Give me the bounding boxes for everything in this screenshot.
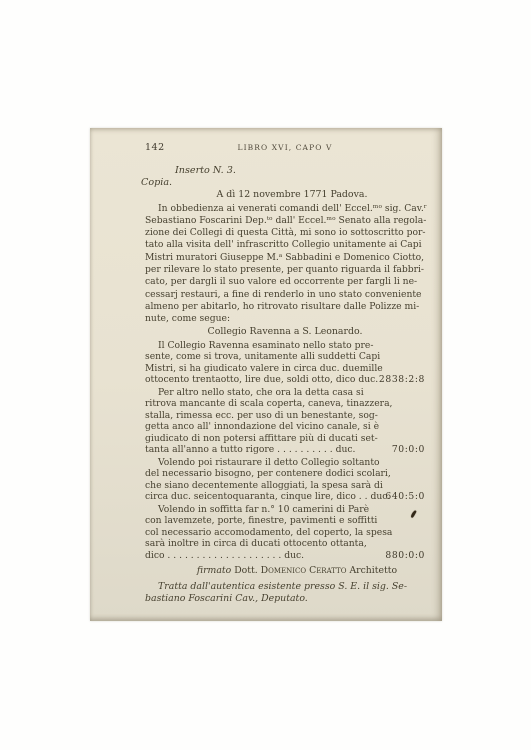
text-line: tato alla visita dell' infrascritto Coll… [145,239,425,251]
text-line: sente, come si trova, unitamente alli su… [145,351,425,363]
entry-amount: 70:0:0 [392,444,425,456]
scan-background: 142 LIBRO XVI, CAPO V Inserto N. 3. Copi… [0,0,531,750]
closing-note: Tratta dall'autentica esistente presso S… [145,581,425,605]
collegio-heading: Collegio Ravenna a S. Leonardo. [145,326,425,339]
appraisal-entry: Volendo in soffitta far n.° 10 camerini … [145,504,425,562]
page-header: 142 LIBRO XVI, CAPO V [145,142,425,156]
firmato-label: firmato [197,565,231,576]
text-line: In obbedienza ai venerati comandi dell' … [145,203,425,215]
text-line: che siano decentemente alloggiati, la sp… [145,480,425,492]
appraisal-entry: Per altro nello stato, che ora la detta … [145,387,425,456]
page-content: 142 LIBRO XVI, CAPO V Inserto N. 3. Copi… [90,128,442,621]
text-line: Il Collegio Ravenna esaminato nello stat… [145,340,425,352]
text-line: circa duc. seicentoquaranta, cinque lire… [145,491,425,503]
text-line: Mistri, si ha giudicato valere in circa … [145,363,425,375]
text-line: zione dei Collegi di questa Città, mi so… [145,227,425,239]
text-line: ritrova mancante di scala coperta, canev… [145,398,425,410]
text-line: con lavemzete, porte, finestre, paviment… [145,515,425,527]
text-line: del necessario bisogno, per contenere do… [145,468,425,480]
copia-label: Copia. [141,177,425,189]
appraisal-entry: Volendo poi ristaurare il detto Collegio… [145,457,425,503]
text-line: Sebastiano Foscarini Dep.ᵗᵒ dall' Eccel.… [145,215,425,227]
text-line: Mistri muratori Giuseppe M.ᵃ Sabbadini e… [145,252,425,264]
text-line: col necessario accomodamento, del copert… [145,527,425,539]
signature-line: firmato Dott. Domenico Ceratto Architett… [145,565,425,578]
appraisal-entries: Il Collegio Ravenna esaminato nello stat… [145,340,425,562]
text-line: Volendo in soffitta far n.° 10 camerini … [145,504,425,516]
text-line: per rilevare lo stato presente, per quan… [145,264,425,276]
appraisal-entry: Il Collegio Ravenna esaminato nello stat… [145,340,425,386]
page-number: 142 [145,142,165,153]
entry-amount: 880:0:0 [385,550,425,562]
signer-title: Dott. [234,565,257,576]
dateline: A dì 12 novembre 1771 Padova. [145,189,425,202]
text-line: Per altro nello stato, che ora la detta … [145,387,425,399]
text-line: Tratta dall'autentica esistente presso S… [145,581,425,593]
text-line: giudicato di non potersi affittare più d… [145,433,425,445]
text-line: cato, per dargli il suo valore ed occorr… [145,276,425,288]
book-page: 142 LIBRO XVI, CAPO V Inserto N. 3. Copi… [90,128,442,621]
inserto-heading: Inserto N. 3. [145,165,425,177]
text-line: bastiano Foscarini Cav., Deputato. [145,593,425,605]
text-line: tanta all'anno a tutto rigore . . . . . … [145,444,425,456]
opening-paragraph: In obbedienza ai venerati comandi dell' … [145,203,425,326]
text-line: dico . . . . . . . . . . . . . . . . . .… [145,550,425,562]
signer-role: Architetto [349,565,397,576]
text-line: stalla, rimessa ecc. per uso di un benes… [145,410,425,422]
text-line: almeno per abitarlo, ho ritrovato risult… [145,301,425,313]
text-line: nute, come segue: [145,313,425,325]
entry-amount: 640:5:0 [385,491,425,503]
entry-amount: 2838:2:8 [379,374,425,386]
text-line: cessarj restauri, a fine di renderlo in … [145,289,425,301]
signer-name: Domenico Ceratto [261,565,347,576]
text-line: getta anco all' innondazione del vicino … [145,421,425,433]
text-line: Volendo poi ristaurare il detto Collegio… [145,457,425,469]
running-header: LIBRO XVI, CAPO V [145,142,425,152]
text-line: sarà inoltre in circa di ducati ottocent… [145,538,425,550]
